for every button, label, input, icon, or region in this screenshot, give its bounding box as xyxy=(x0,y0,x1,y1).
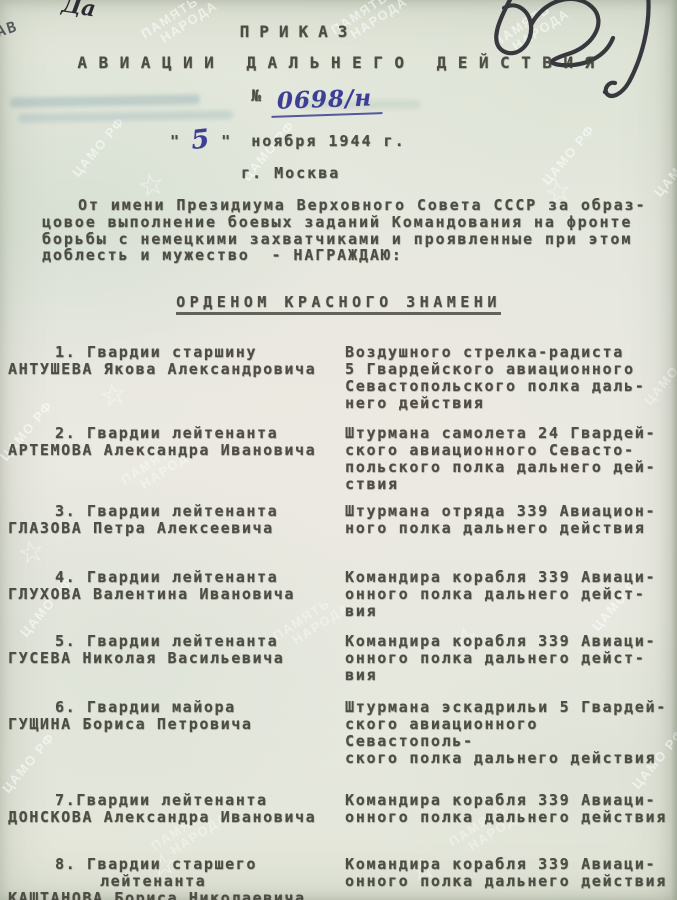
award-entry: 3. Гвардии лейтенанта ГЛАЗОВА Петра Алек… xyxy=(8,503,671,537)
entry-name: ДОНСКОВА Александра Ивановича xyxy=(8,809,345,826)
archive-watermark: ЦАМО РФ xyxy=(652,134,677,199)
entry-name: АРТЕМОВА Александра Ивановича xyxy=(8,442,345,459)
city-line: г. Москва xyxy=(241,164,340,182)
entry-position: Штурмана отряда 339 Авиацион-ного полка … xyxy=(345,503,671,537)
award-list: 1. Гвардии старшину АНТУШЕВА Якова Алекс… xyxy=(8,344,671,900)
entry-rank-line: 8. Гвардии старшего xyxy=(8,856,345,873)
entry-rank-line: 2. Гвардии лейтенанта xyxy=(8,425,345,442)
entry-rank-line-2: лейтенанта xyxy=(8,873,345,890)
handwritten-corner-fragment: Да xyxy=(60,0,97,22)
order-number-handwritten: 0698/н xyxy=(270,84,382,118)
entry-rank-line: 6. Гвардии майора xyxy=(8,699,345,716)
issuer-title: АВИАЦИИ ДАЛЬНЕГО ДЕЙСТВИЯ xyxy=(3,53,677,72)
entry-name: ГУЩИНА Бориса Петровича xyxy=(8,716,345,733)
award-entry: 5. Гвардии лейтенанта ГУСЕВА Николая Вас… xyxy=(8,633,671,684)
entry-left-column: 1. Гвардии старшину АНТУШЕВА Якова Алекс… xyxy=(8,344,345,378)
award-entry: 6. Гвардии майора ГУЩИНА Бориса Петрович… xyxy=(8,699,671,767)
entry-name: ГЛУХОВА Валентина Ивановича xyxy=(8,586,345,603)
entry-left-column: 2. Гвардии лейтенанта АРТЕМОВА Александр… xyxy=(8,425,345,459)
date-line: "5" ноября 1944 г. xyxy=(170,132,406,150)
quote-mark: " xyxy=(170,132,181,150)
award-entry: 7.Гвардии лейтенанта ДОНСКОВА Александра… xyxy=(8,792,671,826)
entry-position: Штурмана самолета 24 Гвардей-ского авиац… xyxy=(345,425,671,493)
award-entry: 2. Гвардии лейтенанта АРТЕМОВА Александр… xyxy=(8,425,671,493)
entry-left-column: 7.Гвардии лейтенанта ДОНСКОВА Александра… xyxy=(8,792,345,826)
entry-position: Командира корабля 339 Авиаци-онного полк… xyxy=(345,569,671,620)
entry-position: Командира корабля 339 Авиаци-онного полк… xyxy=(345,792,671,826)
entry-position: Командира корабля 339 Авиаци-онного полк… xyxy=(345,633,671,684)
entry-left-column: 4. Гвардии лейтенанта ГЛУХОВА Валентина … xyxy=(8,569,345,603)
day-handwritten: 5 xyxy=(191,134,212,146)
date-text: ноября 1944 г. xyxy=(251,132,405,150)
scan-edge-shadow xyxy=(671,0,677,900)
preamble: От имени Президиума Верховного Совета СС… xyxy=(42,197,648,264)
award-entry: 1. Гвардии старшину АНТУШЕВА Якова Алекс… xyxy=(8,344,671,412)
award-entry: 4. Гвардии лейтенанта ГЛУХОВА Валентина … xyxy=(8,569,671,620)
entry-rank-line: 3. Гвардии лейтенанта xyxy=(8,503,345,520)
order-number-line: № 0698/н xyxy=(0,86,655,116)
archive-watermark: ЦАМО РФ xyxy=(70,114,128,179)
entry-left-column: 8. Гвардии старшего лейтенанта КАШТАНОВА… xyxy=(8,856,345,900)
entry-rank-line: 1. Гвардии старшину xyxy=(8,344,345,361)
entry-left-column: 5. Гвардии лейтенанта ГУСЕВА Николая Вас… xyxy=(8,633,345,667)
entry-name: ГУСЕВА Николая Васильевича xyxy=(8,650,345,667)
entry-name: АНТУШЕВА Якова Александровича xyxy=(8,361,345,378)
scanned-order-document: ПАМЯТЬНАРОДА ПАМЯТЬНАРОДА ПАМЯТЬНАРОДА Ц… xyxy=(0,0,677,900)
entry-left-column: 3. Гвардии лейтенанта ГЛАЗОВА Петра Алек… xyxy=(8,503,345,537)
archive-watermark: ЦАМО РФ xyxy=(540,122,598,187)
award-heading-wrap: ОРДЕНОМ КРАСНОГО ЗНАМЕНИ xyxy=(0,292,677,315)
quote-mark: " xyxy=(221,132,232,150)
entry-rank-line: 4. Гвардии лейтенанта xyxy=(8,569,345,586)
entry-rank-line: 5. Гвардии лейтенанта xyxy=(8,633,345,650)
entry-rank-line: 7.Гвардии лейтенанта xyxy=(8,792,345,809)
entry-name: КАШТАНОВА Бориса Николаевича xyxy=(8,890,345,900)
number-sign: № xyxy=(251,86,261,105)
award-entry: 8. Гвардии старшего лейтенанта КАШТАНОВА… xyxy=(8,856,671,900)
entry-name: ГЛАЗОВА Петра Алексеевича xyxy=(8,520,345,537)
entry-left-column: 6. Гвардии майора ГУЩИНА Бориса Петрович… xyxy=(8,699,345,733)
entry-position: Командира корабля 339 Авиаци-онного полк… xyxy=(345,856,671,890)
entry-position: Воздушного стрелка-радиста5 Гвардейского… xyxy=(345,344,671,412)
award-heading: ОРДЕНОМ КРАСНОГО ЗНАМЕНИ xyxy=(176,293,501,315)
entry-position: Штурмана эскадрильи 5 Гвардей-ского авиа… xyxy=(345,699,671,767)
document-type-title: ПРИКАЗ xyxy=(0,22,637,41)
